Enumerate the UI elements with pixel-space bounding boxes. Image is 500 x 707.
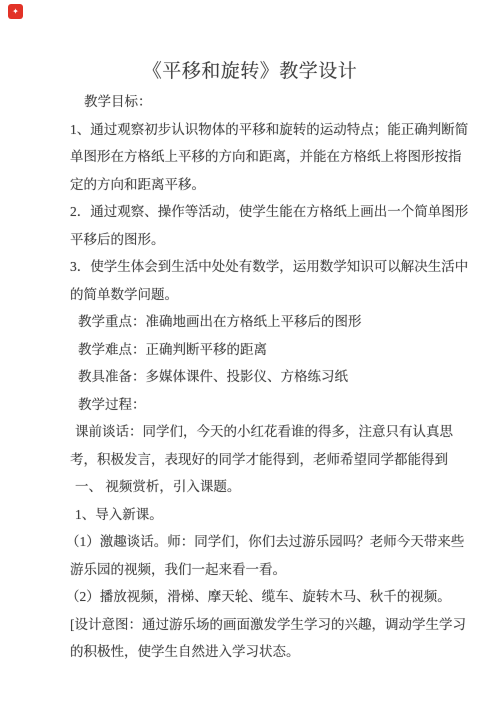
text-line: 一、 视频赏析，引入课题。: [75, 473, 465, 501]
text-line: 的积极性，使学生自然进入学习状态。: [70, 638, 465, 666]
text-line: （1）激趣谈话。师：同学们，你们去过游乐园吗？老师今天带来些: [66, 528, 465, 556]
text-line: 2．通过观察、操作等活动，使学生能在方格纸上画出一个简单图形: [70, 198, 465, 226]
text-line: 教学难点：正确判断平移的距离: [78, 336, 465, 364]
text-line: [设计意图：通过游乐场的画面激发学生学习的兴趣，调动学生学习: [70, 611, 465, 639]
text-line: （2）播放视频，滑梯、摩天轮、缆车、旋转木马、秋千的视频。: [66, 583, 465, 611]
text-line: 3．使学生体会到生活中处处有数学，运用数学知识可以解决生活中: [70, 253, 465, 281]
text-line: 课前谈话：同学们，今天的小红花看谁的得多，注意只有认真思: [75, 418, 465, 446]
document-page: ✦ 《平移和旋转》教学设计 教学目标：1、通过观察初步认识物体的平移和旋转的运动…: [0, 0, 500, 707]
document-lines: 教学目标：1、通过观察初步认识物体的平移和旋转的运动特点；能正确判断简单图形在方…: [70, 88, 465, 666]
text-line: 教学重点：准确地画出在方格纸上平移后的图形: [78, 308, 465, 336]
text-line: 教具准备：多媒体课件、投影仪、方格练习纸: [78, 363, 465, 391]
text-line: 考，积极发言，表现好的同学才能得到，老师希望同学都能得到: [70, 446, 465, 474]
text-line: 教学目标：: [84, 88, 465, 116]
document-title: 《平移和旋转》教学设计: [0, 58, 500, 85]
text-line: 平移后的图形。: [70, 226, 465, 254]
text-line: 游乐园的视频，我们一起来看一看。: [70, 556, 465, 584]
text-line: 教学过程：: [78, 391, 465, 419]
text-line: 的简单数学问题。: [70, 281, 465, 309]
text-line: 单图形在方格纸上平移的方向和距离，并能在方格纸上将图形按指: [70, 143, 465, 171]
corner-badge-icon: ✦: [8, 4, 23, 19]
text-line: 1、导入新课。: [75, 501, 465, 529]
text-line: 定的方向和距离平移。: [70, 171, 465, 199]
text-line: 1、通过观察初步认识物体的平移和旋转的运动特点；能正确判断简: [70, 116, 465, 144]
sparkle-icon: ✦: [12, 8, 19, 16]
